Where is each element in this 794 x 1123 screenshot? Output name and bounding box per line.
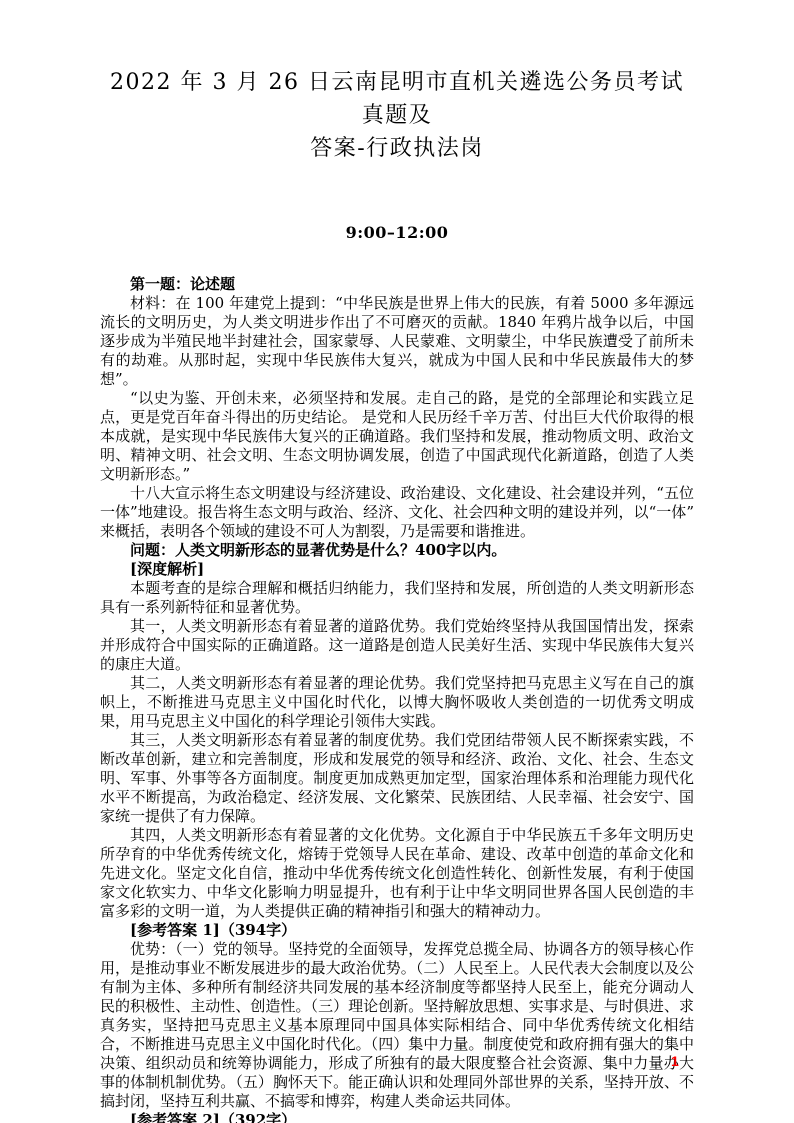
paragraph-material-3: 十八大宣示将生态文明建设与经济建设、政治建设、文化建设、社会建设并列，“五位一体… [100,484,694,541]
document-title-line-1: 2022 年 3 月 26 日云南昆明市直机关遴选公务员考试真题及 [100,66,694,132]
paragraph-material-2: “以史为鉴、开创未来，必须坚持和发展。走自己的路，是党的全部理论和实践立足点，更… [100,389,694,484]
reference-answer-1-body: 优势：（一）党的领导。坚持党的全面领导，发挥党总揽全局、协调各方的领导核心作用，… [100,940,694,1111]
section-heading-question-1: 第一题：论述题 [100,275,694,294]
analysis-point-2: 其二，人类文明新形态有着显著的理论优势。我们党坚持把马克思主义写在自己的旗帜上，… [100,674,694,731]
reference-answer-1-heading: [参考答案 1]（394字） [100,921,694,940]
analysis-point-4: 其四，人类文明新形态有着显著的文化优势。文化源自于中华民族五千多年文明历史所孕育… [100,826,694,921]
document-body: 第一题：论述题 材料：在 100 年建党上提到：“中华民族是世界上伟大的民族，有… [100,275,694,1123]
deep-analysis-heading: [深度解析] [100,560,694,579]
question-prompt: 问题：人类文明新形态的显著优势是什么？400字以内。 [100,541,694,560]
paragraph-material: 材料：在 100 年建党上提到：“中华民族是世界上伟大的民族，有着 5000 多… [100,294,694,389]
document-title: 2022 年 3 月 26 日云南昆明市直机关遴选公务员考试真题及 答案-行政执… [100,66,694,165]
document-page: 2022 年 3 月 26 日云南昆明市直机关遴选公务员考试真题及 答案-行政执… [0,0,794,1123]
analysis-intro: 本题考查的是综合理解和概括归纳能力，我们坚持和发展，所创造的人类文明新形态具有一… [100,579,694,617]
analysis-point-3: 其三，人类文明新形态有着显著的制度优势。我们党团结带领人民不断探索实践，不断改革… [100,731,694,826]
analysis-point-1: 其一，人类文明新形态有着显著的道路优势。我们党始终坚持从我国国情出发，探索并形成… [100,617,694,674]
reference-answer-2-heading: [参考答案 2]（392字） [100,1111,694,1123]
exam-time: 9:00–12:00 [100,223,694,243]
page-number: 1 [671,1053,679,1069]
document-content: 2022 年 3 月 26 日云南昆明市直机关遴选公务员考试真题及 答案-行政执… [100,0,694,1123]
document-title-line-2: 答案-行政执法岗 [100,132,694,165]
